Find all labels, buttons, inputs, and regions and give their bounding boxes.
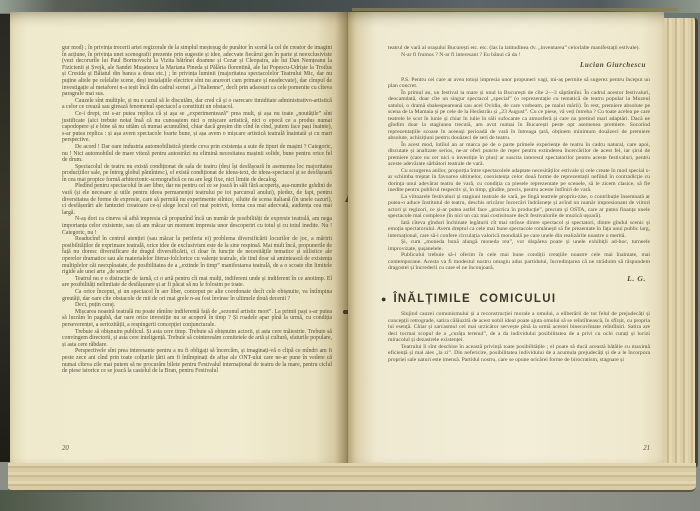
backdrop-bottom — [0, 490, 700, 511]
postscript-block: P.S. Pentru cei care ar avea totuși impr… — [388, 77, 650, 272]
paragraph: Teatrul nu e o distracție de iarnă, ci o… — [62, 276, 332, 289]
paragraph: gur mod) ; în privința trecerii artei re… — [62, 45, 332, 98]
paragraph: În acest mod, întîiul an ar marca pe de … — [388, 142, 650, 168]
paragraph: Ce-i drept, mi s-ar putea replica că și … — [62, 111, 332, 144]
paragraph: P.S. Pentru cei care ar avea totuși impr… — [388, 77, 650, 90]
paragraph: Ca orice început, și un spectacol în aer… — [62, 289, 332, 302]
page-left-text-column: gur mod) ; în privința trecerii artei re… — [62, 45, 332, 375]
paragraph: Cu scurgerea anilor, proporția între spe… — [388, 168, 650, 194]
paragraph: Trebuie să obișnuim publicul. Și asta ce… — [62, 329, 332, 349]
paragraph: teatrul de vară al orașului București et… — [388, 45, 650, 52]
scanned-book-spread: gur mod) ; în privința trecerii artei re… — [0, 0, 700, 511]
paragraph: Perspectivele sînt prea interesante pent… — [62, 348, 332, 374]
page-stack-bottom-edge — [8, 463, 696, 492]
section-body: Slujind cauzei comunismului și a reconst… — [388, 311, 650, 363]
paragraph: În primul an, un festival la mare și unu… — [388, 90, 650, 142]
page-left: gur mod) ; în privința trecerii artei re… — [10, 12, 348, 470]
paragraph: Cauzele sînt multiple, și nu e cazul să … — [62, 98, 332, 111]
paragraph: Spectacolul de teatru nu există condițio… — [62, 164, 332, 184]
paragraph: Teatrului îi sînt deschise în această pr… — [388, 344, 650, 364]
paragraph: Pledînd pentru spectacolul în aer liber,… — [62, 183, 332, 216]
paragraph: La viitoarele festivaluri și stagiuni te… — [388, 194, 650, 220]
paragraph: Mișcarea noastră teatrală nu poate rămîn… — [62, 309, 332, 329]
paragraph: N-ar fi frumos ? N-ar fi interesant ? Eu… — [388, 52, 650, 59]
page-number-right: 21 — [634, 445, 650, 452]
page-number-left: 20 — [62, 445, 69, 452]
book-cover-top-edge — [352, 8, 678, 11]
book-cover-left-edge — [0, 14, 10, 462]
postscript-initials: L. G. — [388, 276, 646, 283]
bullet-icon: ● — [381, 295, 386, 304]
paragraph: Slujind cauzei comunismului și a reconst… — [388, 311, 650, 344]
page-stack-fore-edge — [664, 18, 698, 468]
article-ending: teatrul de vară al orașului București et… — [388, 45, 650, 58]
paragraph: Iată cîteva gînduri închinate legăturii … — [388, 220, 650, 240]
paragraph: Readucînd în centrul atenției (sau măcar… — [62, 236, 332, 276]
paragraph: Deci, puțin curaj. — [62, 302, 332, 309]
author-signature: Lucian Giurchescu — [388, 62, 646, 69]
paragraph: De acord ! Dar oare industria automobili… — [62, 144, 332, 164]
page-right: teatrul de vară al orașului București et… — [348, 12, 664, 470]
section-heading: ● ÎNĂLȚIMILE COMICULUI — [381, 295, 650, 304]
paragraph: N-aș dori ca cineva să aibă impresia că … — [62, 216, 332, 236]
page-right-text-column: teatrul de vară al orașului București et… — [388, 45, 650, 363]
paragraph: Publicului trebuie să-i oferim în cele m… — [388, 252, 650, 272]
paragraph: Și, cum „moneda bună alungă moneda rea”,… — [388, 239, 650, 252]
section-title: ÎNĂLȚIMILE COMICULUI — [393, 296, 556, 303]
